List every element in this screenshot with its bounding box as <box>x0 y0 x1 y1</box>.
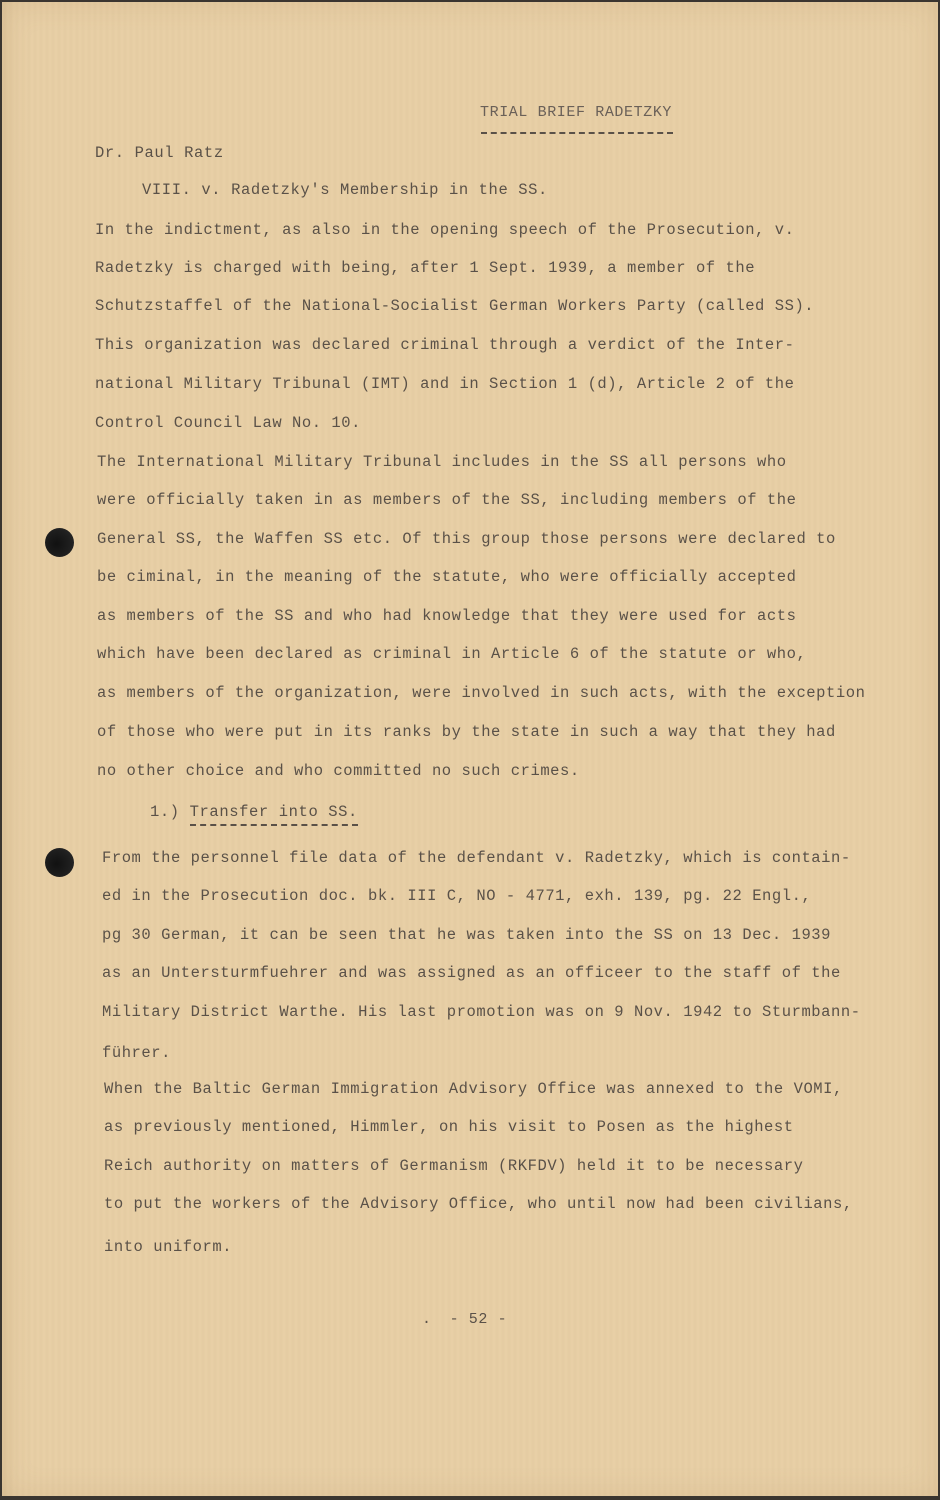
text-line: Reich authority on matters of Germanism … <box>104 1159 803 1175</box>
text-line: be ciminal, in the meaning of the statut… <box>97 570 796 586</box>
text-line: no other choice and who committed no suc… <box>97 764 580 780</box>
subsection-title: Transfer into SS. <box>190 803 358 826</box>
author-name: Dr. Paul Ratz <box>95 146 224 162</box>
text-line: of those who were put in its ranks by th… <box>97 725 836 741</box>
text-line: into uniform. <box>104 1240 232 1256</box>
text-line: Control Council Law No. 10. <box>95 416 361 432</box>
text-line: as members of the organization, were inv… <box>97 686 865 702</box>
text-line: as an Untersturmfuehrer and was assigned… <box>102 966 841 982</box>
text-line: as previously mentioned, Himmler, on his… <box>104 1120 794 1136</box>
text-line: führer. <box>102 1046 171 1062</box>
text-line: Schutzstaffel of the National-Socialist … <box>95 299 814 315</box>
text-line: When the Baltic German Immigration Advis… <box>104 1082 843 1098</box>
text-line: which have been declared as criminal in … <box>97 647 806 663</box>
text-line: From the personnel file data of the defe… <box>102 851 851 867</box>
text-line: to put the workers of the Advisory Offic… <box>104 1197 853 1213</box>
text-line: In the indictment, as also in the openin… <box>95 223 794 239</box>
page-number: .- 52 - <box>422 1312 507 1327</box>
page-number-value: - 52 - <box>450 1311 508 1328</box>
header-title: TRIAL BRIEF RADETZKY <box>480 105 672 120</box>
text-line: as members of the SS and who had knowled… <box>97 609 796 625</box>
header-underline <box>481 132 673 134</box>
text-line: General SS, the Waffen SS etc. Of this g… <box>97 532 836 548</box>
section-heading: VIII. v. Radetzky's Membership in the SS… <box>142 183 548 199</box>
punch-hole-icon <box>45 848 74 877</box>
text-line: national Military Tribunal (IMT) and in … <box>95 377 794 393</box>
text-line: ed in the Prosecution doc. bk. III C, NO… <box>102 889 811 905</box>
page-number-mark: . <box>422 1311 432 1328</box>
punch-hole-icon <box>45 528 74 557</box>
text-line: The International Military Tribunal incl… <box>97 455 787 471</box>
text-line: pg 30 German, it can be seen that he was… <box>102 928 831 944</box>
text-line: Military District Warthe. His last promo… <box>102 1005 861 1021</box>
text-line: This organization was declared criminal … <box>95 338 794 354</box>
subsection-number: 1.) <box>150 803 180 821</box>
document-page: TRIAL BRIEF RADETZKY Dr. Paul Ratz VIII.… <box>2 2 938 1496</box>
text-line: Radetzky is charged with being, after 1 … <box>95 261 755 277</box>
text-line: were officially taken in as members of t… <box>97 493 796 509</box>
subsection-heading: 1.) Transfer into SS. <box>150 805 358 821</box>
